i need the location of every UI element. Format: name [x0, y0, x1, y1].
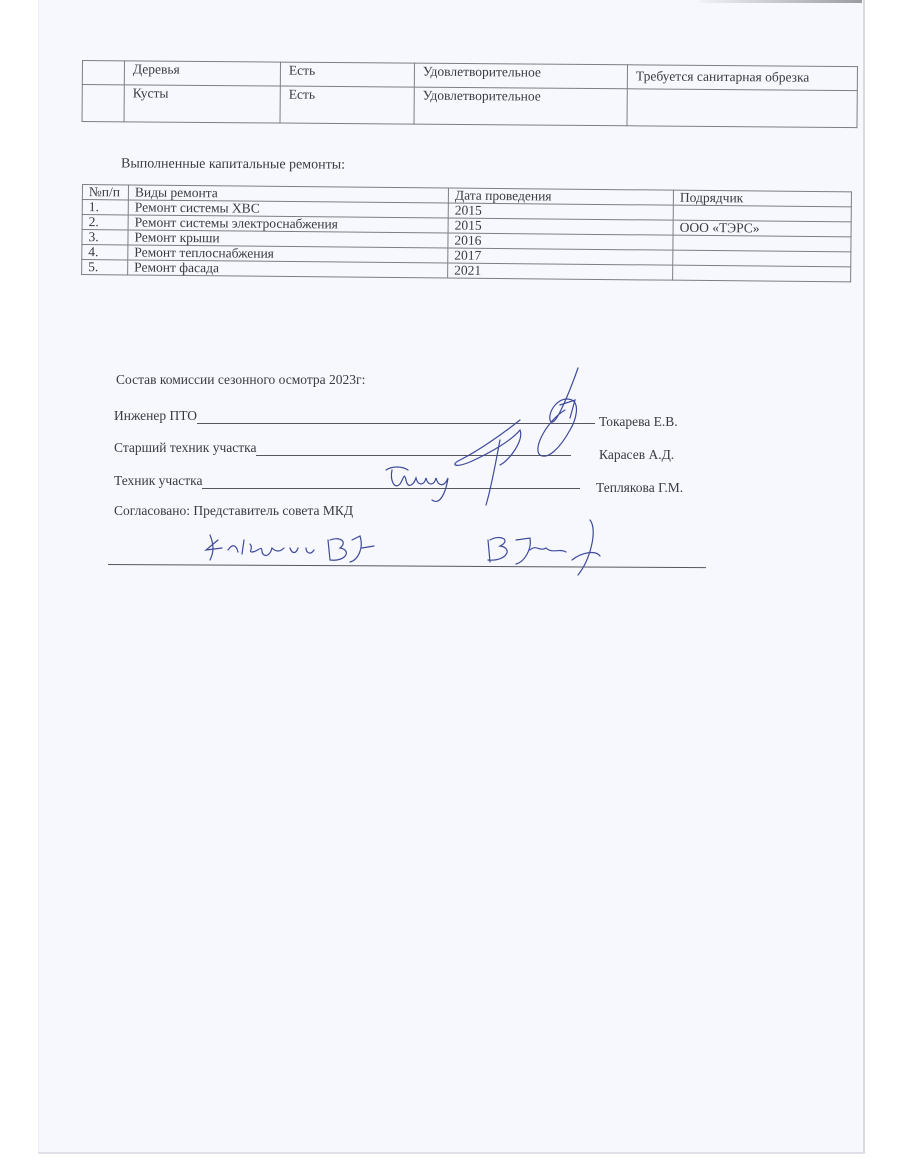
member-role: Старший техник участка [114, 440, 256, 455]
cell-contractor: ООО «ТЭРС» [673, 220, 851, 237]
member-row-tech: Техник участка [114, 473, 580, 489]
cell-contractor [673, 265, 851, 282]
cell-contractor [673, 250, 851, 267]
member-role: Техник участка [114, 473, 202, 488]
cell-presence: Есть [280, 62, 414, 87]
header-contractor: Подрядчик [673, 190, 851, 207]
plants-table: Деревья Есть Удовлетворительное Требуетс… [82, 60, 858, 128]
cell-name: Деревья [124, 61, 280, 86]
cell-presence: Есть [280, 86, 414, 124]
cell-note [627, 89, 857, 128]
member-name: Теплякова Г.М. [596, 480, 683, 496]
document-page [38, 0, 865, 1154]
cell-condition: Удовлетворительное [414, 63, 627, 89]
table-row: Кусты Есть Удовлетворительное [82, 85, 857, 128]
cell-type: Ремонт фасада [128, 260, 448, 278]
cell-num: 2. [82, 215, 128, 230]
cell-date: 2021 [448, 263, 673, 280]
cell-contractor [673, 235, 851, 252]
member-name: Токарева Е.В. [599, 414, 678, 430]
cell-num: 1. [82, 200, 128, 215]
signature-line [256, 443, 571, 456]
cell-num [82, 85, 124, 122]
commission-title: Состав комиссии сезонного осмотра 2023г: [116, 372, 365, 388]
cell-num: 5. [82, 260, 128, 275]
repairs-title: Выполненные капитальные ремонты: [121, 156, 345, 173]
signature-line [202, 476, 580, 489]
repairs-table: №п/п Виды ремонта Дата проведения Подряд… [81, 184, 852, 282]
cell-num: 4. [82, 245, 128, 260]
member-row-senior-tech: Старший техник участка [114, 440, 571, 456]
header-date: Дата проведения [448, 188, 673, 205]
member-name: Карасев А.Д. [599, 447, 674, 463]
cell-num [82, 61, 124, 85]
cell-num: 3. [82, 230, 128, 245]
scan-edge [700, 0, 862, 3]
member-row-engineer: Инженер ПТО [114, 408, 595, 424]
agreed-label: Согласовано: Представитель совета МКД [114, 503, 353, 519]
signature-line [197, 411, 595, 424]
cell-name: Кусты [124, 85, 280, 123]
member-role: Инженер ПТО [114, 408, 197, 423]
header-num: №п/п [82, 185, 128, 200]
cell-condition: Удовлетворительное [414, 87, 627, 126]
cell-note: Требуется санитарная обрезка [627, 65, 857, 91]
